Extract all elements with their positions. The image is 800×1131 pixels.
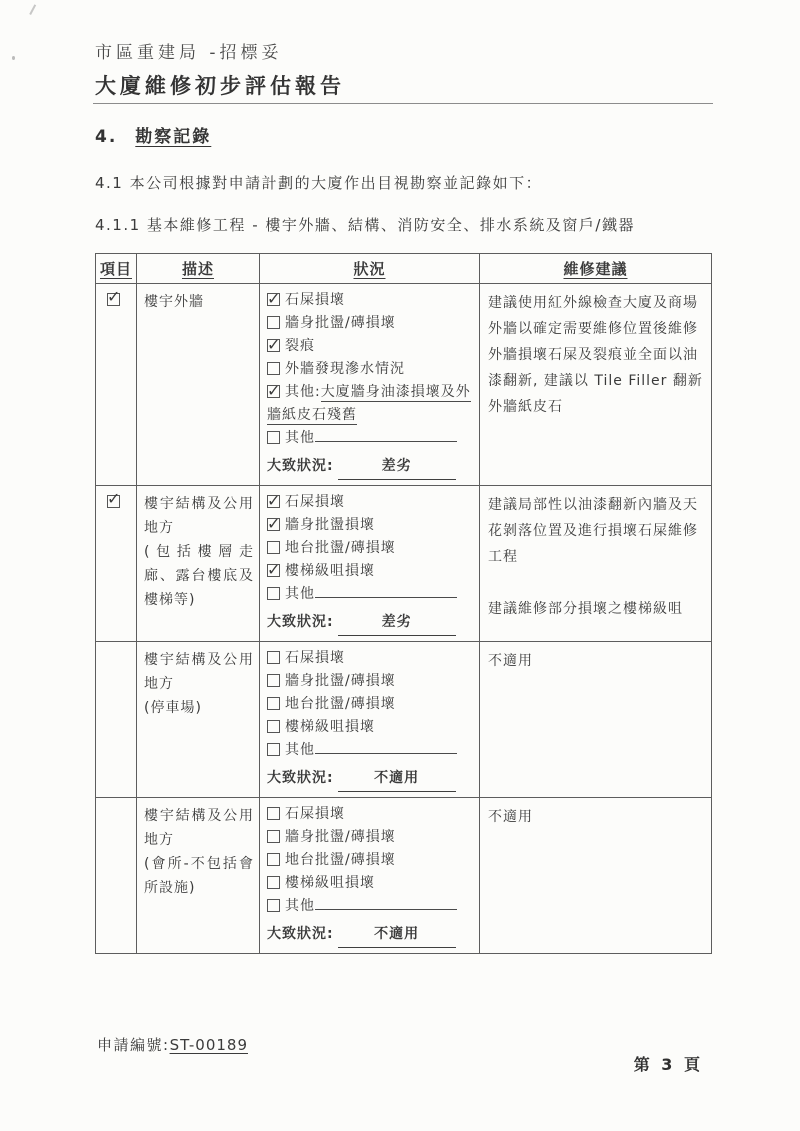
overall-condition-value: 差劣: [338, 454, 456, 480]
checkbox-checked-icon: ✓: [267, 385, 280, 398]
checkbox-checked-icon: ✓: [267, 495, 280, 508]
condition-label: 其他: [285, 586, 315, 602]
recommendation-paragraph: 不適用: [488, 804, 705, 830]
condition-item: ✓樓梯級咀損壞: [267, 560, 473, 583]
checkbox-unchecked-icon: [267, 674, 280, 687]
report-page: 市區重建局 -招標妥 大廈維修初步評估報告 4.勘察記錄 4.1 本公司根據對申…: [0, 0, 800, 1131]
document-header: 市區重建局 -招標妥 大廈維修初步評估報告: [95, 38, 715, 100]
condition-item: 石屎損壞: [267, 803, 473, 826]
check-icon: ✓: [267, 512, 281, 535]
column-header-label: 狀況: [353, 260, 385, 278]
blank-underline: [315, 739, 457, 754]
description-line: 樓宇外牆: [144, 290, 254, 314]
condition-item: 其他: [267, 427, 473, 450]
column-header: 維修建議: [480, 254, 712, 284]
condition-cell: 石屎損壞牆身批盪/磚損壞地台批盪/磚損壞樓梯級咀損壞其他大致狀況:不適用: [260, 642, 480, 798]
column-header-label: 描述: [182, 260, 214, 278]
condition-cell: ✓石屎損壞牆身批盪/磚損壞✓裂痕外牆發現滲水情況✓其他:大廈牆身油漆損壞及外牆紙…: [260, 284, 480, 486]
checkbox-unchecked-icon: [267, 743, 280, 756]
survey-table-container: 項目描述狀況維修建議 ✓樓宇外牆✓石屎損壞牆身批盪/磚損壞✓裂痕外牆發現滲水情況…: [95, 253, 712, 954]
condition-item: ✓裂痕: [267, 335, 473, 358]
description-cell: 樓宇結構及公用地方(會所-不包括會所設施): [137, 798, 260, 954]
condition-label: 其他: [285, 742, 315, 758]
description-line: 樓宇結構及公用地方: [144, 648, 254, 696]
page-number: 第 3 頁: [95, 1052, 703, 1075]
overall-condition-label: 大致狀況:: [267, 926, 334, 942]
condition-label: 牆身批盪/磚損壞: [285, 673, 396, 689]
column-header-label: 維修建議: [563, 260, 627, 278]
item-cell: [96, 642, 137, 798]
condition-label: 石屎損壞: [285, 292, 345, 308]
column-header: 描述: [137, 254, 260, 284]
section-heading: 4.勘察記錄: [95, 122, 211, 147]
condition-item: 其他: [267, 583, 473, 606]
condition-item: 其他: [267, 895, 473, 918]
description-line: (會所-不包括會所設施): [144, 852, 254, 900]
blank-underline: [315, 583, 457, 598]
condition-label: 地台批盪/磚損壞: [285, 696, 396, 712]
overall-condition-line: 大致狀況:不適用: [267, 922, 473, 948]
checkbox-unchecked-icon: [267, 431, 280, 444]
condition-label: 牆身批盪損壞: [285, 517, 375, 533]
overall-condition-line: 大致狀況:差劣: [267, 610, 473, 636]
checkbox-unchecked-icon: [267, 807, 280, 820]
checkbox-checked-icon: ✓: [107, 495, 120, 508]
condition-item: 其他: [267, 739, 473, 762]
condition-label: 地台批盪/磚損壞: [285, 852, 396, 868]
checkbox-unchecked-icon: [267, 316, 280, 329]
column-header-label: 項目: [100, 260, 132, 278]
survey-table: 項目描述狀況維修建議 ✓樓宇外牆✓石屎損壞牆身批盪/磚損壞✓裂痕外牆發現滲水情況…: [95, 253, 712, 954]
condition-item: 地台批盪/磚損壞: [267, 693, 473, 716]
checkbox-unchecked-icon: [267, 541, 280, 554]
table-row: 樓宇結構及公用地方(會所-不包括會所設施)石屎損壞牆身批盪/磚損壞地台批盪/磚損…: [96, 798, 712, 954]
check-icon: ✓: [267, 287, 281, 310]
condition-label: 外牆發現滲水情況: [285, 361, 405, 377]
organization-line: 市區重建局 -招標妥: [95, 38, 715, 63]
checkbox-unchecked-icon: [267, 876, 280, 889]
column-header: 狀況: [260, 254, 480, 284]
item-cell: [96, 798, 137, 954]
condition-item: ✓其他:大廈牆身油漆損壞及外牆紙皮石殘舊: [267, 381, 473, 427]
table-row: ✓樓宇外牆✓石屎損壞牆身批盪/磚損壞✓裂痕外牆發現滲水情況✓其他:大廈牆身油漆損…: [96, 284, 712, 486]
condition-label: 裂痕: [285, 338, 315, 354]
recommendation-cell: 建議局部性以油漆翻新內牆及天花剝落位置及進行損壞石屎維修工程建議維修部分損壞之樓…: [480, 486, 712, 642]
condition-label: 其他: [285, 898, 315, 914]
overall-condition-label: 大致狀況:: [267, 458, 334, 474]
checkbox-unchecked-icon: [267, 853, 280, 866]
check-icon: ✓: [267, 379, 281, 402]
condition-label: 其他:: [285, 384, 321, 400]
scan-artifact: [25, 2, 36, 15]
description-line: (停車場): [144, 696, 254, 720]
overall-condition-value: 差劣: [338, 610, 456, 636]
page-title: 大廈維修初步評估報告: [95, 70, 715, 100]
overall-condition-label: 大致狀況:: [267, 770, 334, 786]
checkbox-unchecked-icon: [267, 830, 280, 843]
checkbox-unchecked-icon: [267, 697, 280, 710]
description-line: (包括樓層走廊、露台樓底及樓梯等): [144, 540, 254, 612]
condition-label: 牆身批盪/磚損壞: [285, 315, 396, 331]
overall-condition-line: 大致狀況:差劣: [267, 454, 473, 480]
column-header: 項目: [96, 254, 137, 284]
condition-item: ✓石屎損壞: [267, 491, 473, 514]
condition-item: ✓石屎損壞: [267, 289, 473, 312]
check-icon: ✓: [267, 558, 281, 581]
scan-artifact: [12, 56, 15, 60]
blank-underline: [315, 895, 457, 910]
section-title: 勘察記錄: [135, 127, 211, 147]
condition-item: 石屎損壞: [267, 647, 473, 670]
condition-cell: ✓石屎損壞✓牆身批盪損壞地台批盪/磚損壞✓樓梯級咀損壞其他大致狀況:差劣: [260, 486, 480, 642]
overall-condition-value: 不適用: [338, 922, 456, 948]
condition-label: 樓梯級咀損壞: [285, 719, 375, 735]
overall-condition-label: 大致狀況:: [267, 614, 334, 630]
recommendation-paragraph: 建議局部性以油漆翻新內牆及天花剝落位置及進行損壞石屎維修工程: [488, 492, 705, 570]
checkbox-unchecked-icon: [267, 587, 280, 600]
checkbox-checked-icon: ✓: [267, 293, 280, 306]
condition-item: 牆身批盪/磚損壞: [267, 670, 473, 693]
condition-item: 樓梯級咀損壞: [267, 872, 473, 895]
section-number: 4.: [95, 127, 117, 147]
checkbox-unchecked-icon: [267, 362, 280, 375]
description-cell: 樓宇外牆: [137, 284, 260, 486]
recommendation-cell: 不適用: [480, 642, 712, 798]
blank-underline: [315, 427, 457, 442]
checkbox-unchecked-icon: [267, 720, 280, 733]
condition-label: 石屎損壞: [285, 806, 345, 822]
condition-label: 樓梯級咀損壞: [285, 875, 375, 891]
checkbox-unchecked-icon: [267, 651, 280, 664]
checkbox-unchecked-icon: [267, 899, 280, 912]
check-icon: ✓: [267, 333, 281, 356]
table-row: 樓宇結構及公用地方(停車場)石屎損壞牆身批盪/磚損壞地台批盪/磚損壞樓梯級咀損壞…: [96, 642, 712, 798]
table-header-row: 項目描述狀況維修建議: [96, 254, 712, 284]
description-line: 樓宇結構及公用地方: [144, 492, 254, 540]
title-divider: [93, 103, 713, 104]
recommendation-paragraph: 建議使用紅外線檢查大廈及商場外牆以確定需要維修位置後維修外牆損壞石屎及裂痕並全面…: [488, 290, 705, 420]
recommendation-cell: 建議使用紅外線檢查大廈及商場外牆以確定需要維修位置後維修外牆損壞石屎及裂痕並全面…: [480, 284, 712, 486]
description-cell: 樓宇結構及公用地方(停車場): [137, 642, 260, 798]
condition-item: 外牆發現滲水情況: [267, 358, 473, 381]
condition-cell: 石屎損壞牆身批盪/磚損壞地台批盪/磚損壞樓梯級咀損壞其他大致狀況:不適用: [260, 798, 480, 954]
description-line: 樓宇結構及公用地方: [144, 804, 254, 852]
checkbox-checked-icon: ✓: [107, 293, 120, 306]
condition-item: 地台批盪/磚損壞: [267, 537, 473, 560]
item-cell: ✓: [96, 284, 137, 486]
check-icon: ✓: [107, 489, 121, 508]
checkbox-checked-icon: ✓: [267, 564, 280, 577]
condition-item: 牆身批盪/磚損壞: [267, 312, 473, 335]
table-row: ✓樓宇結構及公用地方(包括樓層走廊、露台樓底及樓梯等)✓石屎損壞✓牆身批盪損壞地…: [96, 486, 712, 642]
overall-condition-value: 不適用: [338, 766, 456, 792]
overall-condition-line: 大致狀況:不適用: [267, 766, 473, 792]
checkbox-checked-icon: ✓: [267, 518, 280, 531]
condition-label: 牆身批盪/磚損壞: [285, 829, 396, 845]
item-cell: ✓: [96, 486, 137, 642]
recommendation-paragraph: 不適用: [488, 648, 705, 674]
condition-label: 石屎損壞: [285, 494, 345, 510]
recommendation-paragraph: 建議維修部分損壞之樓梯級咀: [488, 596, 705, 622]
condition-label: 地台批盪/磚損壞: [285, 540, 396, 556]
condition-item: 牆身批盪/磚損壞: [267, 826, 473, 849]
condition-item: 地台批盪/磚損壞: [267, 849, 473, 872]
condition-label: 樓梯級咀損壞: [285, 563, 375, 579]
description-cell: 樓宇結構及公用地方(包括樓層走廊、露台樓底及樓梯等): [137, 486, 260, 642]
checkbox-checked-icon: ✓: [267, 339, 280, 352]
condition-item: ✓牆身批盪損壞: [267, 514, 473, 537]
condition-item: 樓梯級咀損壞: [267, 716, 473, 739]
paragraph-4-1-1: 4.1.1 基本維修工程 - 樓宇外牆、結構、消防安全、排水系統及窗戶/鐵器: [95, 214, 735, 235]
check-icon: ✓: [107, 287, 121, 306]
condition-label: 其他: [285, 430, 315, 446]
condition-label: 石屎損壞: [285, 650, 345, 666]
paragraph-4-1: 4.1 本公司根據對申請計劃的大廈作出目視勘察並記錄如下：: [95, 172, 735, 193]
recommendation-cell: 不適用: [480, 798, 712, 954]
check-icon: ✓: [267, 489, 281, 512]
